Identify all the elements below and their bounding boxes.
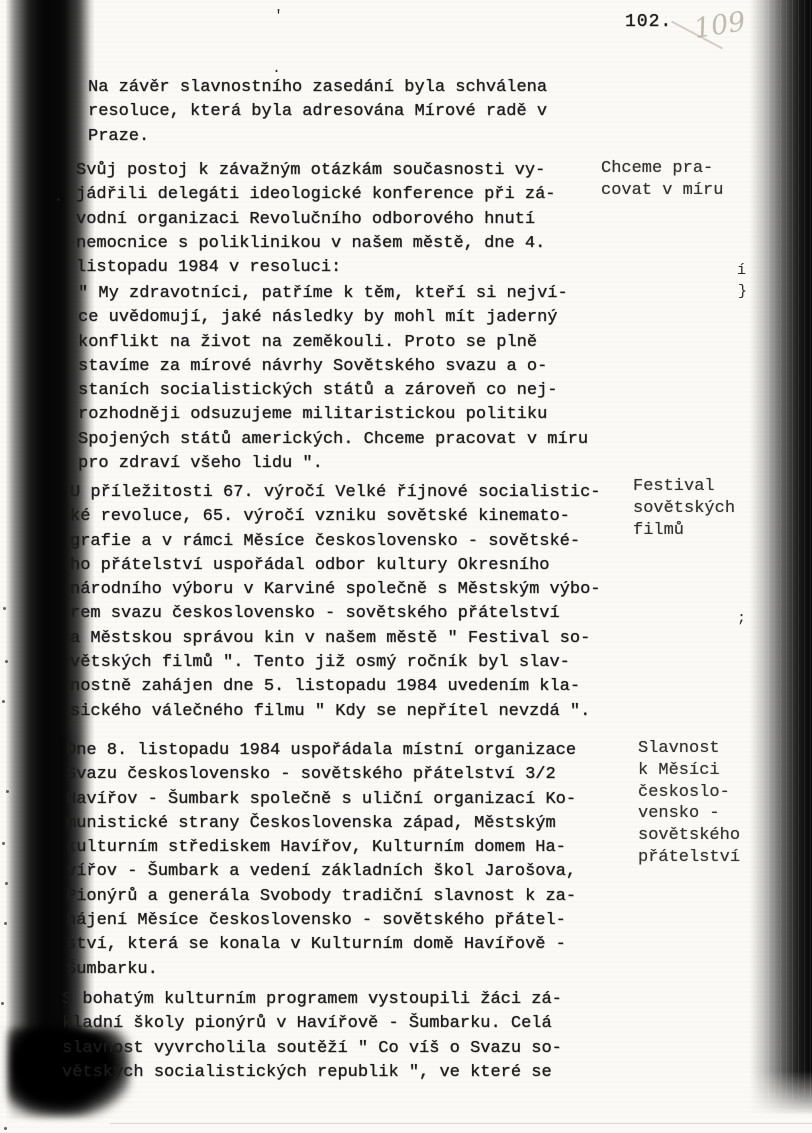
ink-speck xyxy=(3,607,6,610)
ink-speck xyxy=(5,660,8,663)
scan-bottom-hairline xyxy=(110,1123,812,1124)
margin-note-line: k Měsíci xyxy=(638,760,740,782)
text-line: ho přátelství uspořádal odbor kultury Ok… xyxy=(70,554,630,578)
ink-speck xyxy=(6,790,9,793)
text-line: kulturním střediskem Havířov, Kulturním … xyxy=(66,836,626,860)
text-line: nemocnice s poliklinikou v našem městě, … xyxy=(76,232,636,256)
text-line: S bohatým kulturním programem vystoupili… xyxy=(62,988,622,1012)
paragraph-film-festival: U příležitosti 67. výročí Velké říjnové … xyxy=(70,481,630,724)
scan-streak-texture xyxy=(756,0,812,1100)
text-line: ství, která se konala v Kulturním domě H… xyxy=(66,933,626,957)
stray-ink-mark: } xyxy=(738,283,747,300)
ink-speck xyxy=(5,882,8,885)
text-line: staních socialistických států a zároveň … xyxy=(78,379,638,403)
margin-note-line: vensko - xyxy=(638,803,740,825)
text-line: jádřili delegáti ideologické konference … xyxy=(76,183,636,207)
text-line: Havířov - Šumbark společně s uliční orga… xyxy=(66,788,626,812)
text-line: listopadu 1984 v resoluci: xyxy=(76,256,636,280)
text-line: sického válečného filmu " Kdy se nepříte… xyxy=(70,700,630,724)
stray-ink-mark: ' xyxy=(274,8,283,25)
margin-note-slavnost-k-mesici: Slavnostk Měsícičeskoslo-vensko -sovětsk… xyxy=(638,738,740,869)
ink-speck xyxy=(2,700,5,703)
text-line: Spojených států amerických. Chceme praco… xyxy=(78,428,638,452)
text-line: kladní školy pionýrů v Havířově - Šumbar… xyxy=(62,1012,622,1036)
text-line: munistické strany Československa západ, … xyxy=(66,812,626,836)
margin-note-line: Slavnost xyxy=(638,738,740,760)
page-number-typed: 102. xyxy=(625,12,672,32)
ink-speck xyxy=(2,842,5,845)
ink-speck xyxy=(57,198,60,201)
margin-note-festival-sovetskych-filmu: Festivalsovětskýchfilmů xyxy=(633,476,735,541)
ink-speck xyxy=(4,1127,7,1130)
text-line: Šumbarku. xyxy=(66,958,626,982)
text-line: větských filmů ". Tento již osmý ročník … xyxy=(70,651,630,675)
text-line: stavíme za mírové návrhy Sovětského svaz… xyxy=(78,355,638,379)
text-line: U příležitosti 67. výročí Velké říjnové … xyxy=(70,481,630,505)
text-line: ké revoluce, 65. výročí vzniku sovětské … xyxy=(70,505,630,529)
stray-ink-mark: . xyxy=(272,60,281,77)
paragraph-cultural-programme: S bohatým kulturním programem vystoupili… xyxy=(62,988,622,1085)
stray-ink-mark: í xyxy=(737,262,746,279)
ink-speck xyxy=(4,922,7,925)
ink-speck xyxy=(1,1002,4,1005)
paragraph-ideological-conference: Svůj postoj k závažným otázkám současnos… xyxy=(76,159,636,280)
margin-note-line: sovětských xyxy=(633,498,735,520)
text-line: národního výboru v Karviné společně s Mě… xyxy=(70,578,630,602)
scanned-chronicle-page: 102. 109 Na závěr slavnostního zasedání … xyxy=(0,0,812,1133)
text-line: rem svazu československo - sovětského př… xyxy=(70,602,630,626)
text-line: grafie a v rámci Měsíce československo -… xyxy=(70,530,630,554)
page-number-handwritten: 109 xyxy=(692,6,748,45)
margin-note-line: filmů xyxy=(633,520,735,542)
text-line: resoluce, která byla adresována Mírové r… xyxy=(88,100,648,124)
margin-note-line: Festival xyxy=(633,476,735,498)
margin-note-line: přátelství xyxy=(638,847,740,869)
text-line: pro zdraví všeho lidu ". xyxy=(78,452,638,476)
text-line: slavnost vyvrcholila soutěží " Co víš o … xyxy=(62,1037,622,1061)
margin-note-line: sovětského xyxy=(638,825,740,847)
stray-ink-mark: ; xyxy=(737,610,746,627)
text-line: Svůj postoj k závažným otázkám současnos… xyxy=(76,159,636,183)
text-line: " My zdravotníci, patříme k těm, kteří s… xyxy=(78,282,638,306)
text-line: Svazu československo - sovětského přátel… xyxy=(66,763,626,787)
paragraph-resolution-adoption: Na závěr slavnostního zasedání byla schv… xyxy=(88,76,648,149)
paragraph-friendship-month-celebration: Dne 8. listopadu 1984 uspořádala místní … xyxy=(66,739,626,982)
paragraph-resolution-quote: " My zdravotníci, patříme k těm, kteří s… xyxy=(78,282,638,476)
text-line: Praze. xyxy=(88,125,648,149)
margin-note-chceme-pracovat-v-miru: Chceme pra-covat v míru xyxy=(601,158,723,202)
text-line: konflikt na život na zeměkouli. Proto se… xyxy=(78,331,638,355)
margin-note-line: českoslo- xyxy=(638,782,740,804)
text-line: vodní organizaci Revolučního odborového … xyxy=(76,208,636,232)
text-line: a Městskou správou kin v našem městě " F… xyxy=(70,627,630,651)
text-line: ce uvědomují, jaké následky by mohl mít … xyxy=(78,306,638,330)
text-line: vířov - Šumbark a vedení základních škol… xyxy=(66,860,626,884)
text-line: větských socialistických republik ", ve … xyxy=(62,1061,622,1085)
text-line: nostně zahájen dne 5. listopadu 1984 uve… xyxy=(70,675,630,699)
margin-note-line: Chceme pra- xyxy=(601,158,723,180)
text-line: Na závěr slavnostního zasedání byla schv… xyxy=(88,76,648,100)
text-line: Pionýrů a generála Svobody tradiční slav… xyxy=(66,885,626,909)
text-line: Dne 8. listopadu 1984 uspořádala místní … xyxy=(66,739,626,763)
text-line: rozhodněji odsuzujeme militaristickou po… xyxy=(78,403,638,427)
text-line: hájení Měsíce československo - sovětskéh… xyxy=(66,909,626,933)
margin-note-line: covat v míru xyxy=(601,180,723,202)
